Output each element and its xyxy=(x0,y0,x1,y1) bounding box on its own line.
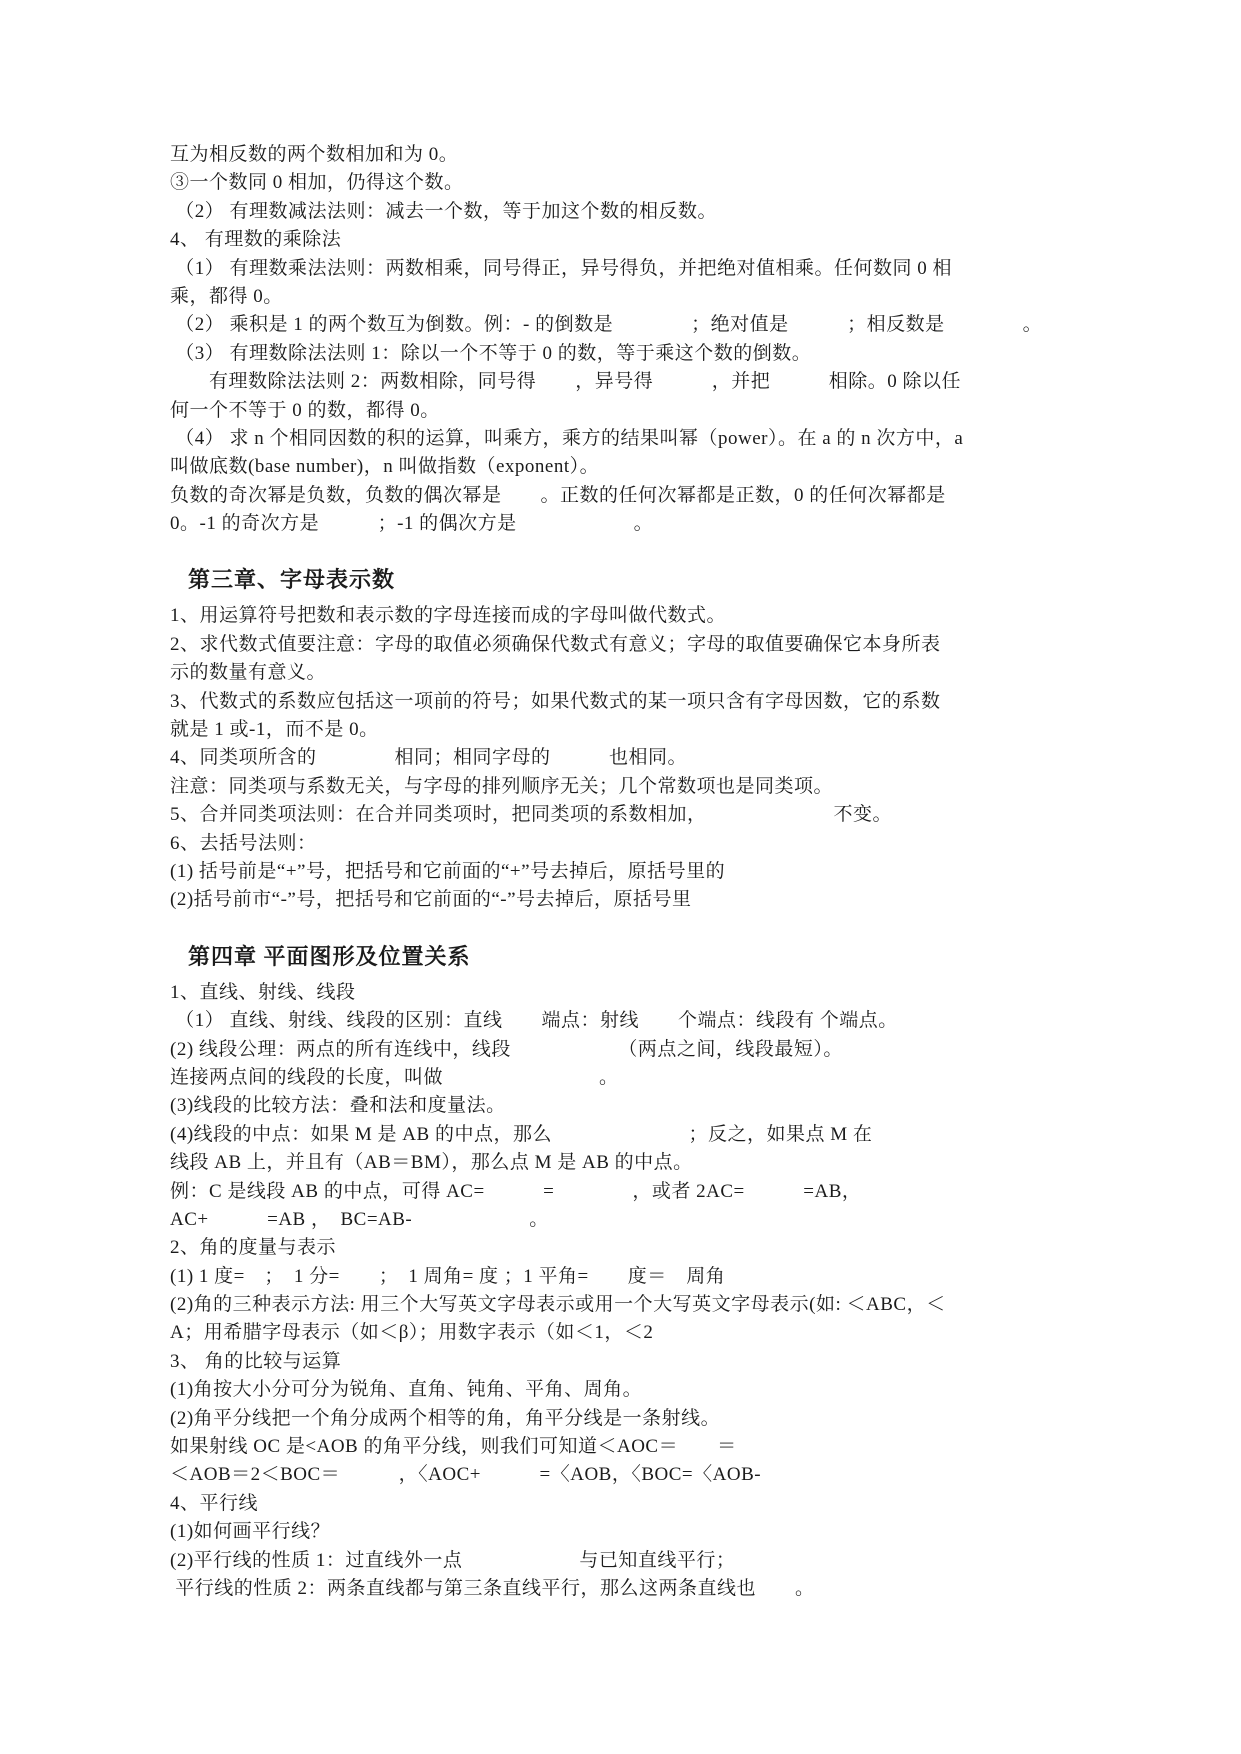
text-line: 4、同类项所含的 相同；相同字母的 也相同。 xyxy=(170,744,1101,772)
text-line: 有理数除法法则 2：两数相除，同号得 ，异号得 ，并把 相除。0 除以任 xyxy=(170,368,1101,396)
text-line: 1、直线、射线、线段 xyxy=(170,979,1101,1007)
text-line: 示的数量有意义。 xyxy=(170,659,1101,687)
text-line: (3)线段的比较方法：叠和法和度量法。 xyxy=(170,1092,1101,1120)
text-line: (2)角的三种表示方法: 用三个大写英文字母表示或用一个大写英文字母表示(如: … xyxy=(170,1291,1101,1319)
text-line: 6、去括号法则： xyxy=(170,830,1101,858)
text-line: (2)角平分线把一个角分成两个相等的角，角平分线是一条射线。 xyxy=(170,1405,1101,1433)
text-line: （4） 求 n 个相同因数的积的运算，叫乘方，乘方的结果叫幂（power）。在 … xyxy=(170,425,1101,453)
text-line: 1、用运算符号把数和表示数的字母连接而成的字母叫做代数式。 xyxy=(170,602,1101,630)
text-line: ③一个数同 0 相加，仍得这个数。 xyxy=(170,169,1101,197)
text-line: (1)角按大小分可分为锐角、直角、钝角、平角、周角。 xyxy=(170,1376,1101,1404)
text-line: 5、合并同类项法则：在合并同类项时，把同类项的系数相加， 不变。 xyxy=(170,801,1101,829)
text-line: (1) 1 度= ； 1 分= ； 1 周角= 度 ；1 平角= 度＝ 周角 xyxy=(170,1263,1101,1291)
text-line: 何一个不等于 0 的数，都得 0。 xyxy=(170,397,1101,425)
document-body: 互为相反数的两个数相加和为 0。③一个数同 0 相加，仍得这个数。 （2） 有理… xyxy=(170,141,1101,1603)
text-line: (2) 线段公理：两点的所有连线中，线段 （两点之间，线段最短）。 xyxy=(170,1036,1101,1064)
text-line: 乘，都得 0。 xyxy=(170,283,1101,311)
section-heading: 第三章、字母表示数 xyxy=(170,564,1101,596)
text-line: AC+ =AB ， BC=AB- 。 xyxy=(170,1206,1101,1234)
text-line: 互为相反数的两个数相加和为 0。 xyxy=(170,141,1101,169)
text-line: （1） 直线、射线、线段的区别：直线 端点：射线 个端点：线段有 个端点。 xyxy=(170,1007,1101,1035)
text-line: (1) 括号前是“+”号，把括号和它前面的“+”号去掉后，原括号里的 xyxy=(170,858,1101,886)
text-line: 4、 有理数的乘除法 xyxy=(170,226,1101,254)
text-line: 连接两点间的线段的长度，叫做 。 xyxy=(170,1064,1101,1092)
text-line: (2)平行线的性质 1：过直线外一点 与已知直线平行； xyxy=(170,1547,1101,1575)
text-line: 3、 角的比较与运算 xyxy=(170,1348,1101,1376)
text-line: A；用希腊字母表示（如＜β）；用数字表示（如＜1，＜2 xyxy=(170,1319,1101,1347)
text-line: 例：C 是线段 AB 的中点，可得 AC= = ，或者 2AC= =AB， xyxy=(170,1178,1101,1206)
text-line: （1） 有理数乘法法则：两数相乘，同号得正，异号得负，并把绝对值相乘。任何数同 … xyxy=(170,255,1101,283)
text-line: 0。-1 的奇次方是 ；-1 的偶次方是 。 xyxy=(170,510,1101,538)
text-line: 就是 1 或-1，而不是 0。 xyxy=(170,716,1101,744)
text-line: (2)括号前市“-”号，把括号和它前面的“-”号去掉后，原括号里 xyxy=(170,886,1101,914)
text-line: 负数的奇次幂是负数，负数的偶次幂是 。正数的任何次幂都是正数，0 的任何次幂都是 xyxy=(170,482,1101,510)
text-line: （3） 有理数除法法则 1：除以一个不等于 0 的数，等于乘这个数的倒数。 xyxy=(170,340,1101,368)
text-line: 如果射线 OC 是<AOB 的角平分线，则我们可知道＜AOC＝ ＝ xyxy=(170,1433,1101,1461)
text-line: 平行线的性质 2：两条直线都与第三条直线平行，那么这两条直线也 。 xyxy=(170,1575,1101,1603)
text-line: 3、代数式的系数应包括这一项前的符号；如果代数式的某一项只含有字母因数，它的系数 xyxy=(170,688,1101,716)
text-line: (1)如何画平行线？ xyxy=(170,1518,1101,1546)
text-line: 叫做底数(base number)，n 叫做指数（exponent）。 xyxy=(170,453,1101,481)
text-line: (4)线段的中点：如果 M 是 AB 的中点，那么 ；反之，如果点 M 在 xyxy=(170,1121,1101,1149)
text-line: 注意：同类项与系数无关，与字母的排列顺序无关；几个常数项也是同类项。 xyxy=(170,773,1101,801)
text-line: 4、平行线 xyxy=(170,1490,1101,1518)
section-heading: 第四章 平面图形及位置关系 xyxy=(170,941,1101,973)
text-line: （2） 乘积是 1 的两个数互为倒数。例：- 的倒数是 ；绝对值是 ；相反数是 … xyxy=(170,311,1101,339)
text-line: 线段 AB 上，并且有（AB＝BM），那么点 M 是 AB 的中点。 xyxy=(170,1149,1101,1177)
document-page: 互为相反数的两个数相加和为 0。③一个数同 0 相加，仍得这个数。 （2） 有理… xyxy=(0,0,1241,1754)
text-line: （2） 有理数减法法则：减去一个数，等于加这个数的相反数。 xyxy=(170,198,1101,226)
text-line: 2、角的度量与表示 xyxy=(170,1234,1101,1262)
text-line: 2、求代数式值要注意：字母的取值必须确保代数式有意义；字母的取值要确保它本身所表 xyxy=(170,631,1101,659)
text-line: ＜AOB＝2＜BOC＝ ，〈AOC+ =〈AOB，〈BOC=〈AOB- xyxy=(170,1461,1101,1489)
